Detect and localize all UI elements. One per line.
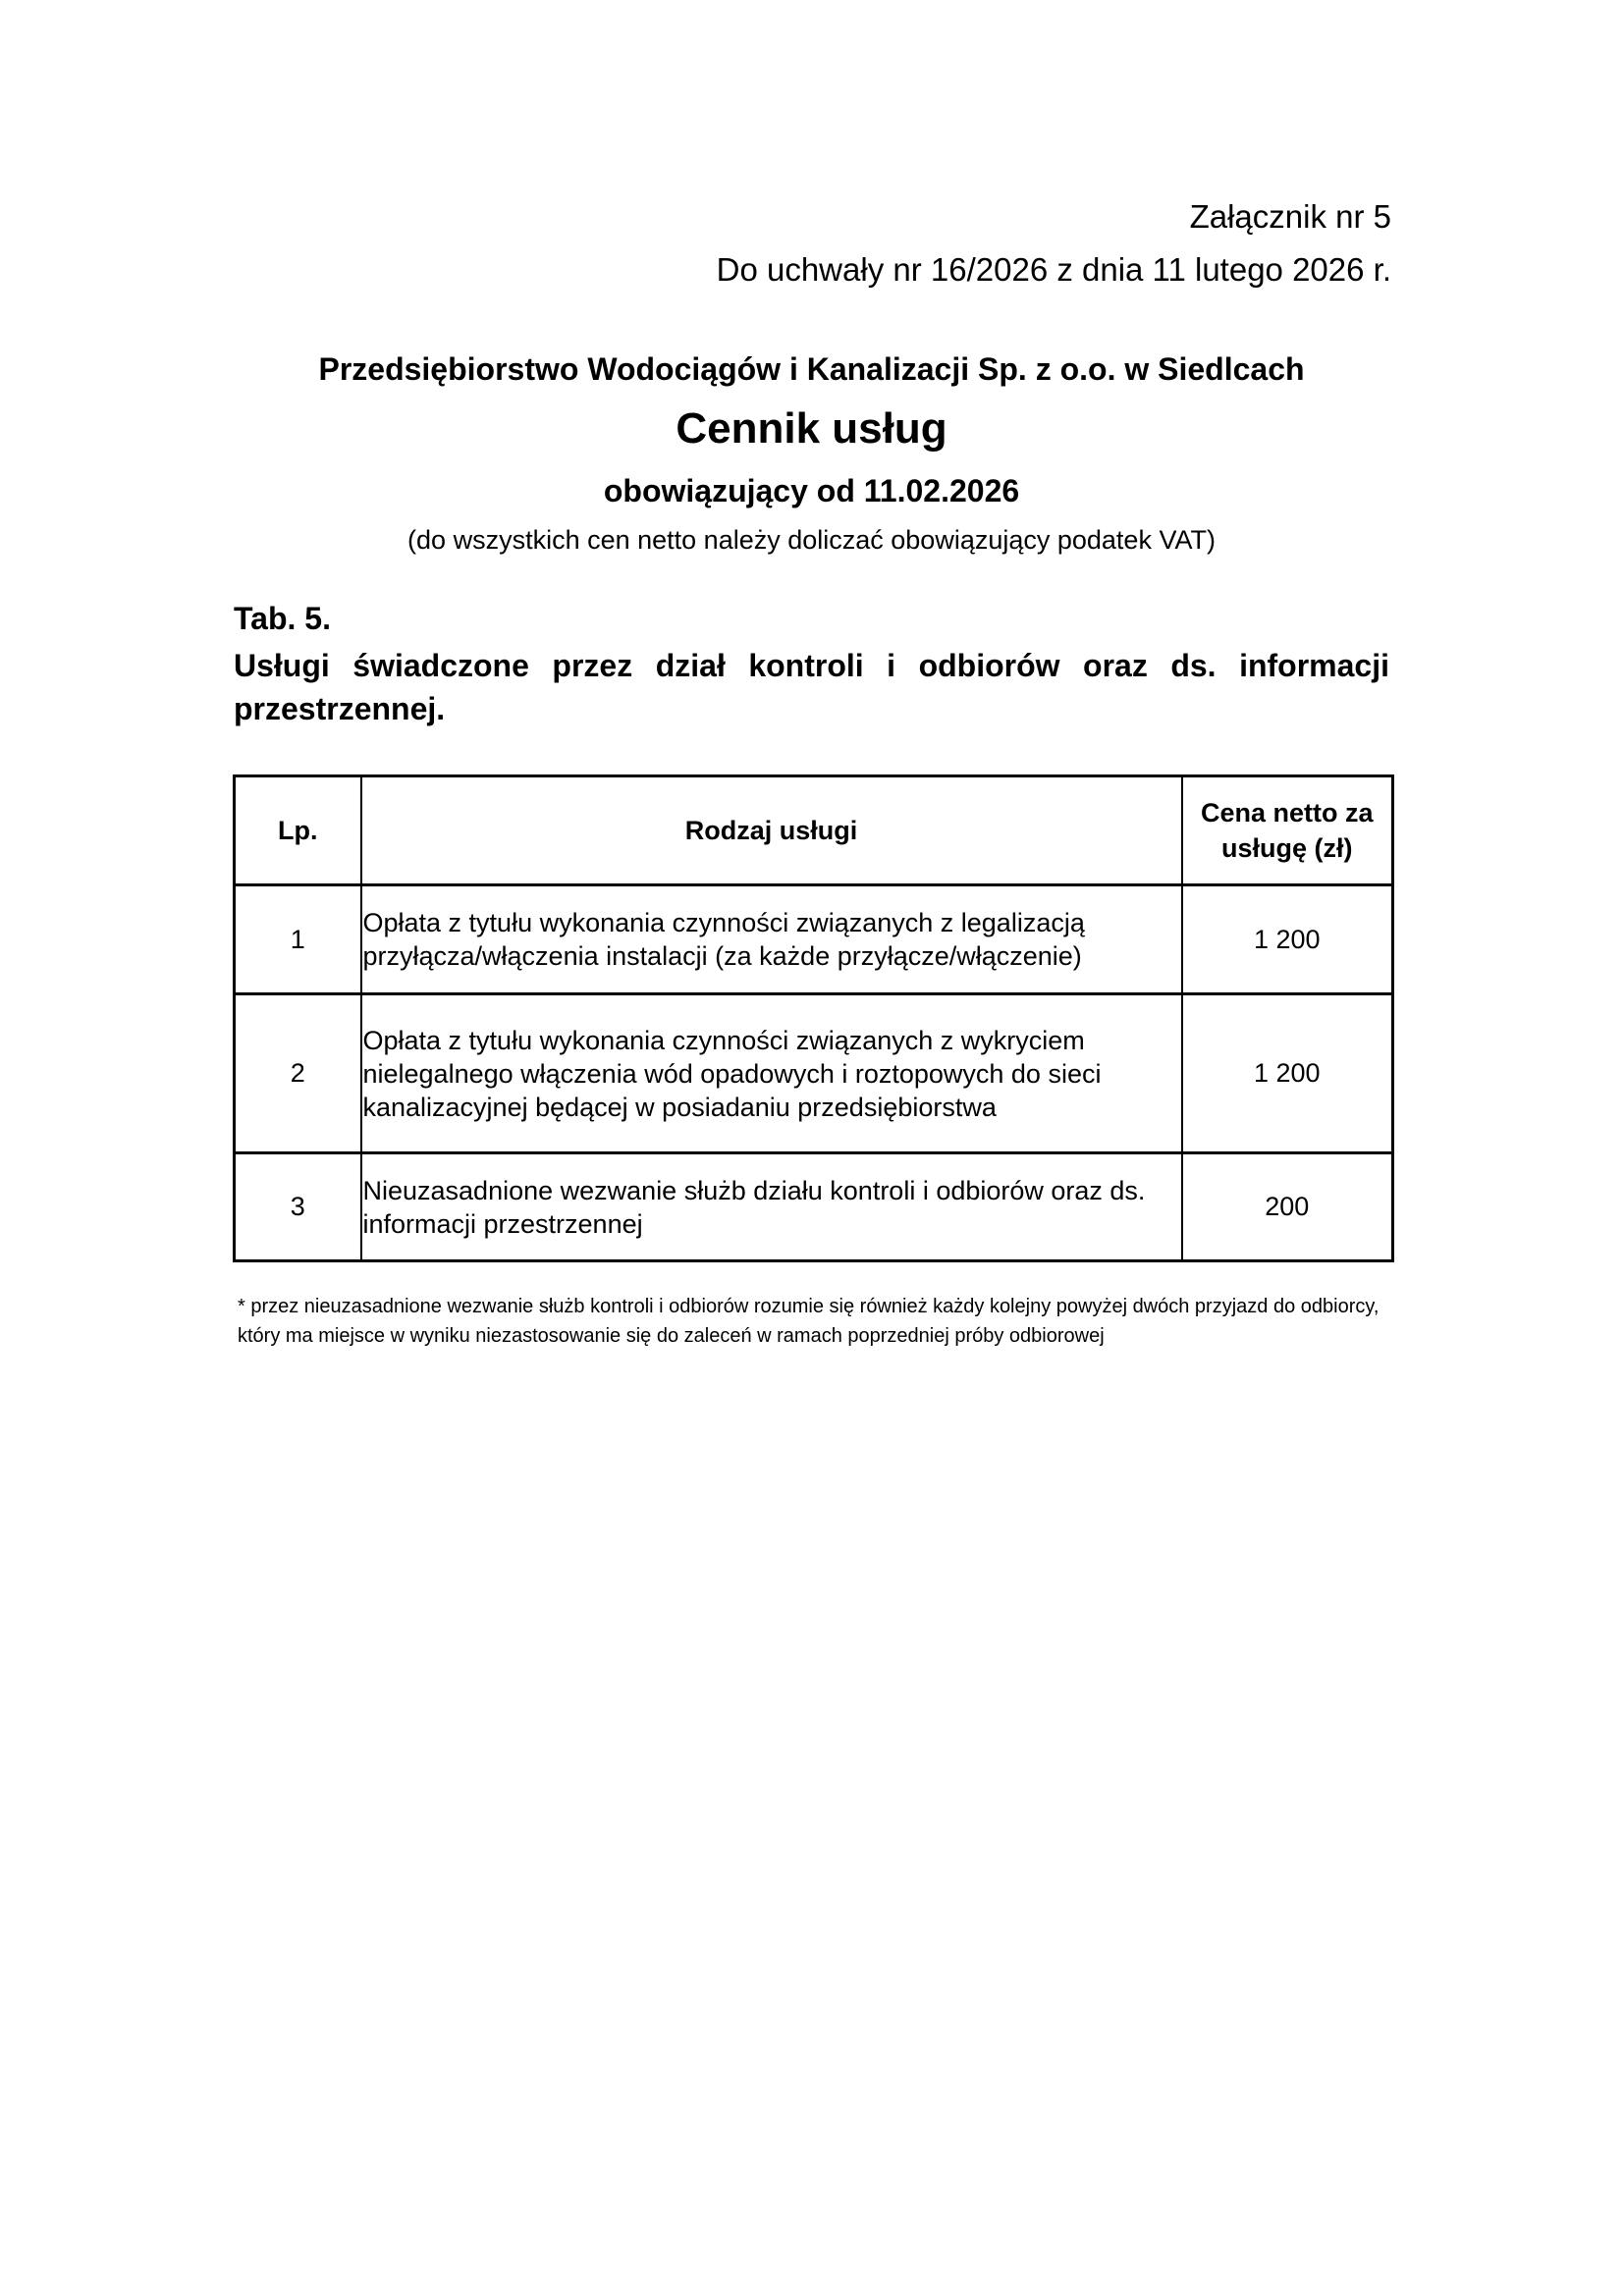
resolution-reference: Do uchwały nr 16/2026 z dnia 11 lutego 2…: [717, 251, 1391, 289]
header-service: Rodzaj usługi: [361, 776, 1182, 885]
annex-number: Załącznik nr 5: [1190, 198, 1391, 236]
row-service: Opłata z tytułu wykonania czynności zwią…: [361, 885, 1182, 994]
table-row: 2 Opłata z tytułu wykonania czynności zw…: [235, 994, 1393, 1153]
table-row: 1 Opłata z tytułu wykonania czynności zw…: [235, 885, 1393, 994]
page-title: Cennik usług: [0, 404, 1623, 454]
document-page: Załącznik nr 5 Do uchwały nr 16/2026 z d…: [0, 0, 1623, 2296]
valid-from: obowiązujący od 11.02.2026: [0, 473, 1623, 509]
footnote: * przez nieuzasadnione wezwanie służb ko…: [238, 1292, 1396, 1351]
row-price: 1 200: [1182, 885, 1393, 994]
row-price: 1 200: [1182, 994, 1393, 1153]
table-description-line1: Usługi świadczone przez dział kontroli i…: [234, 644, 1389, 687]
price-table: Lp. Rodzaj usługi Cena netto za usługę (…: [233, 774, 1394, 1262]
row-price: 200: [1182, 1153, 1393, 1261]
header-lp: Lp.: [235, 776, 361, 885]
header-price: Cena netto za usługę (zł): [1182, 776, 1393, 885]
row-lp: 3: [235, 1153, 361, 1261]
company-name: Przedsiębiorstwo Wodociągów i Kanalizacj…: [0, 351, 1623, 388]
vat-note: (do wszystkich cen netto należy doliczać…: [0, 525, 1623, 556]
row-service: Nieuzasadnione wezwanie służb działu kon…: [361, 1153, 1182, 1261]
table-description-line2: przestrzennej.: [234, 687, 445, 730]
row-lp: 1: [235, 885, 361, 994]
row-service: Opłata z tytułu wykonania czynności zwią…: [361, 994, 1182, 1153]
table-number: Tab. 5.: [234, 601, 331, 637]
table-row: 3 Nieuzasadnione wezwanie służb działu k…: [235, 1153, 1393, 1261]
table-header-row: Lp. Rodzaj usługi Cena netto za usługę (…: [235, 776, 1393, 885]
row-lp: 2: [235, 994, 361, 1153]
